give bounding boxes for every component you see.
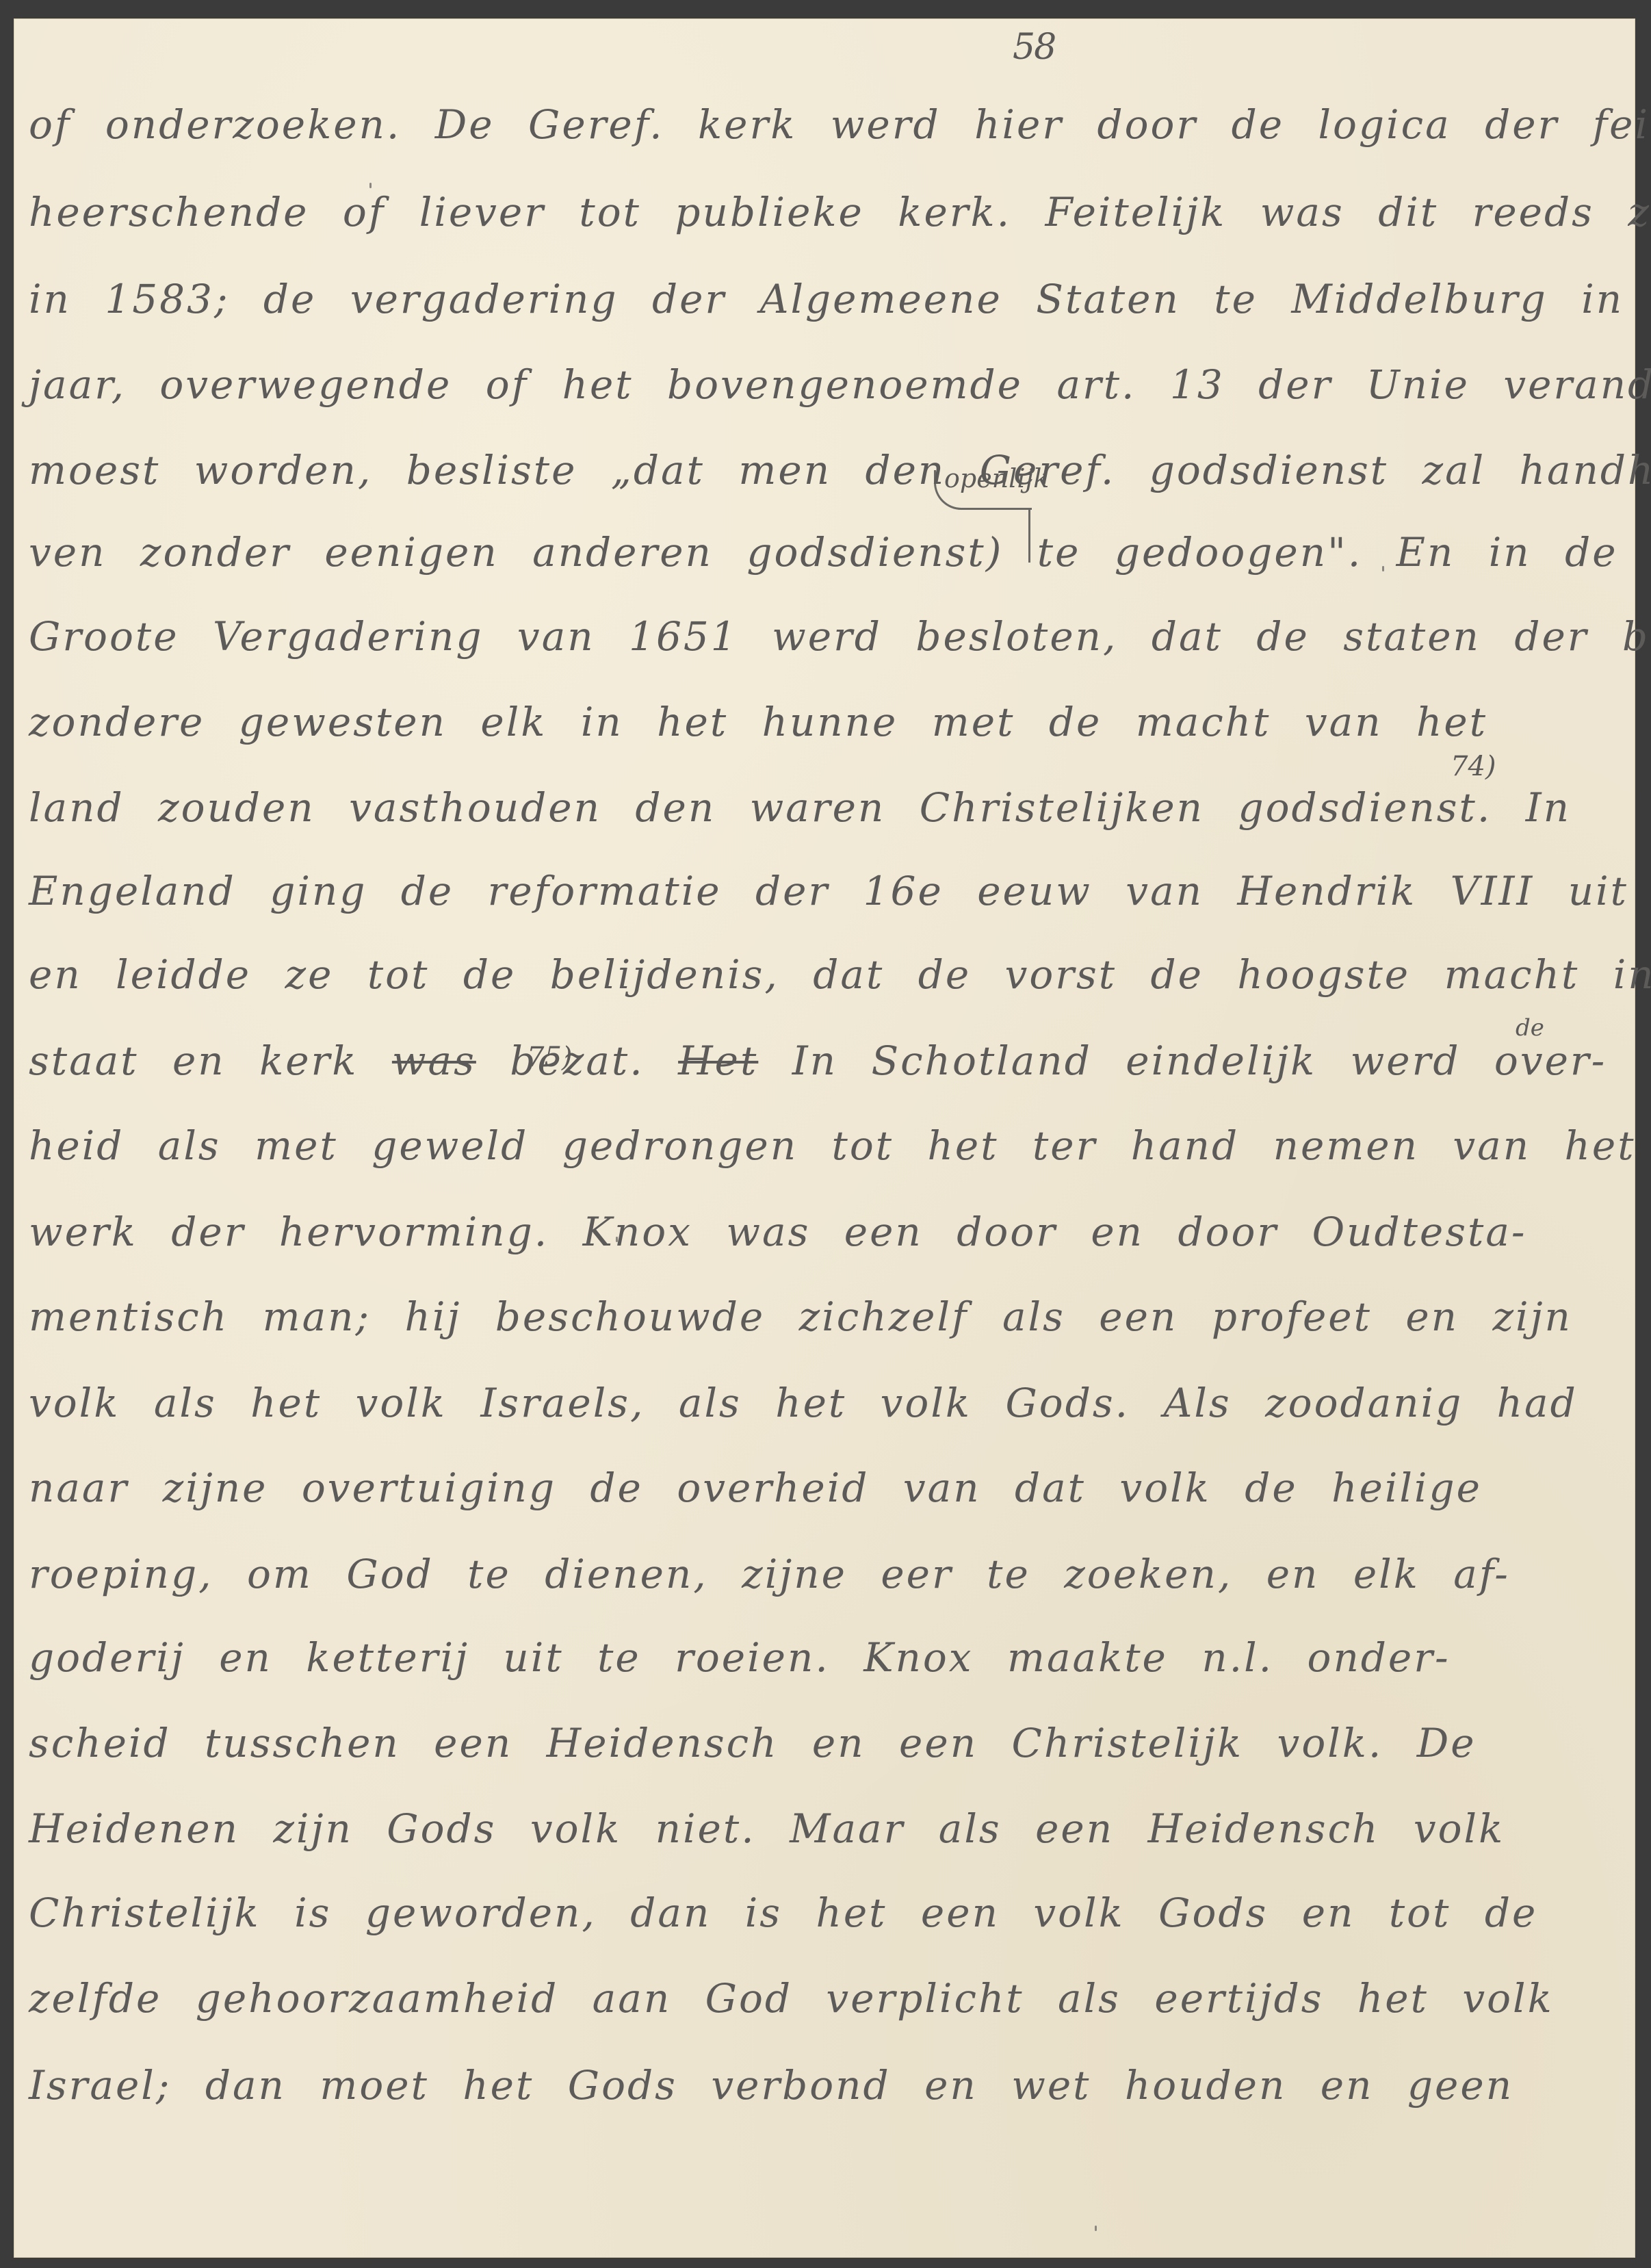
paper-speck [1095,2226,1097,2231]
text-line-21: Heidenen zijn Gods volk niet. Maar als e… [29,1805,1609,1853]
text-line-17: naar zijne overtuiging de overheid van d… [29,1464,1609,1512]
page-number: 58 [1013,27,1055,68]
text-line-3: in 1583; de vergadering der Algemeene St… [29,275,1609,323]
text-line-8: zondere gewesten elk in het hunne met de… [29,698,1609,746]
text-line-19: goderij en ketterij uit te roeien. Knox … [29,1634,1609,1681]
text-line-6: ven zonder eenigen anderen godsdienst) t… [29,528,1609,576]
text-line-24: Israel; dan moet het Gods verbond en wet… [29,2061,1609,2109]
text-line-5: moest worden, besliste „dat men den Gere… [29,446,1609,494]
struck-word: was [392,1038,476,1084]
text-line-10: Engeland ging de reformatie der 16e eeuw… [29,867,1609,915]
text-line-2: heerschende of liever tot publieke kerk.… [29,188,1609,236]
manuscript-page: 58 openlijk 74) 75) of onderzoeken. De G… [14,18,1635,2258]
paper-speck [616,1237,618,1242]
text-line-14: werk der hervorming. Knox was een door e… [29,1208,1609,1256]
text-line-13: heid als met geweld gedrongen tot het te… [29,1122,1609,1170]
footnote-marker-74: 74) [1451,751,1496,782]
text-line-4: jaar, overwegende of het bovengenoemde a… [29,361,1609,409]
text-line-9: land zouden vasthouden den waren Christe… [29,784,1609,832]
paper-speck [369,183,372,188]
paper-speck [1382,566,1384,571]
struck-word: Het [678,1038,758,1084]
text-line-18: roeping, om God te dienen, zijne eer te … [29,1550,1609,1598]
text-line-16: volk als het volk Israels, als het volk … [29,1379,1609,1427]
superscript-insertion: de [1516,1014,1544,1042]
text-line-1: of onderzoeken. De Geref. kerk werd hier… [29,101,1609,149]
text-line-23: zelfde gehoorzaamheid aan God verplicht … [29,1974,1609,2022]
text-line-12: staat en kerk was bezat. Het In Schotlan… [29,1037,1609,1085]
text-line-11: en leidde ze tot de belijdenis, dat de v… [29,951,1609,998]
text-line-20: scheid tusschen een Heidensch en een Chr… [29,1719,1609,1767]
text-line-7: Groote Vergadering van 1651 werd beslote… [29,613,1609,660]
text-line-15: mentisch man; hij beschouwde zichzelf al… [29,1293,1609,1341]
text-line-22: Christelijk is geworden, dan is het een … [29,1889,1609,1937]
